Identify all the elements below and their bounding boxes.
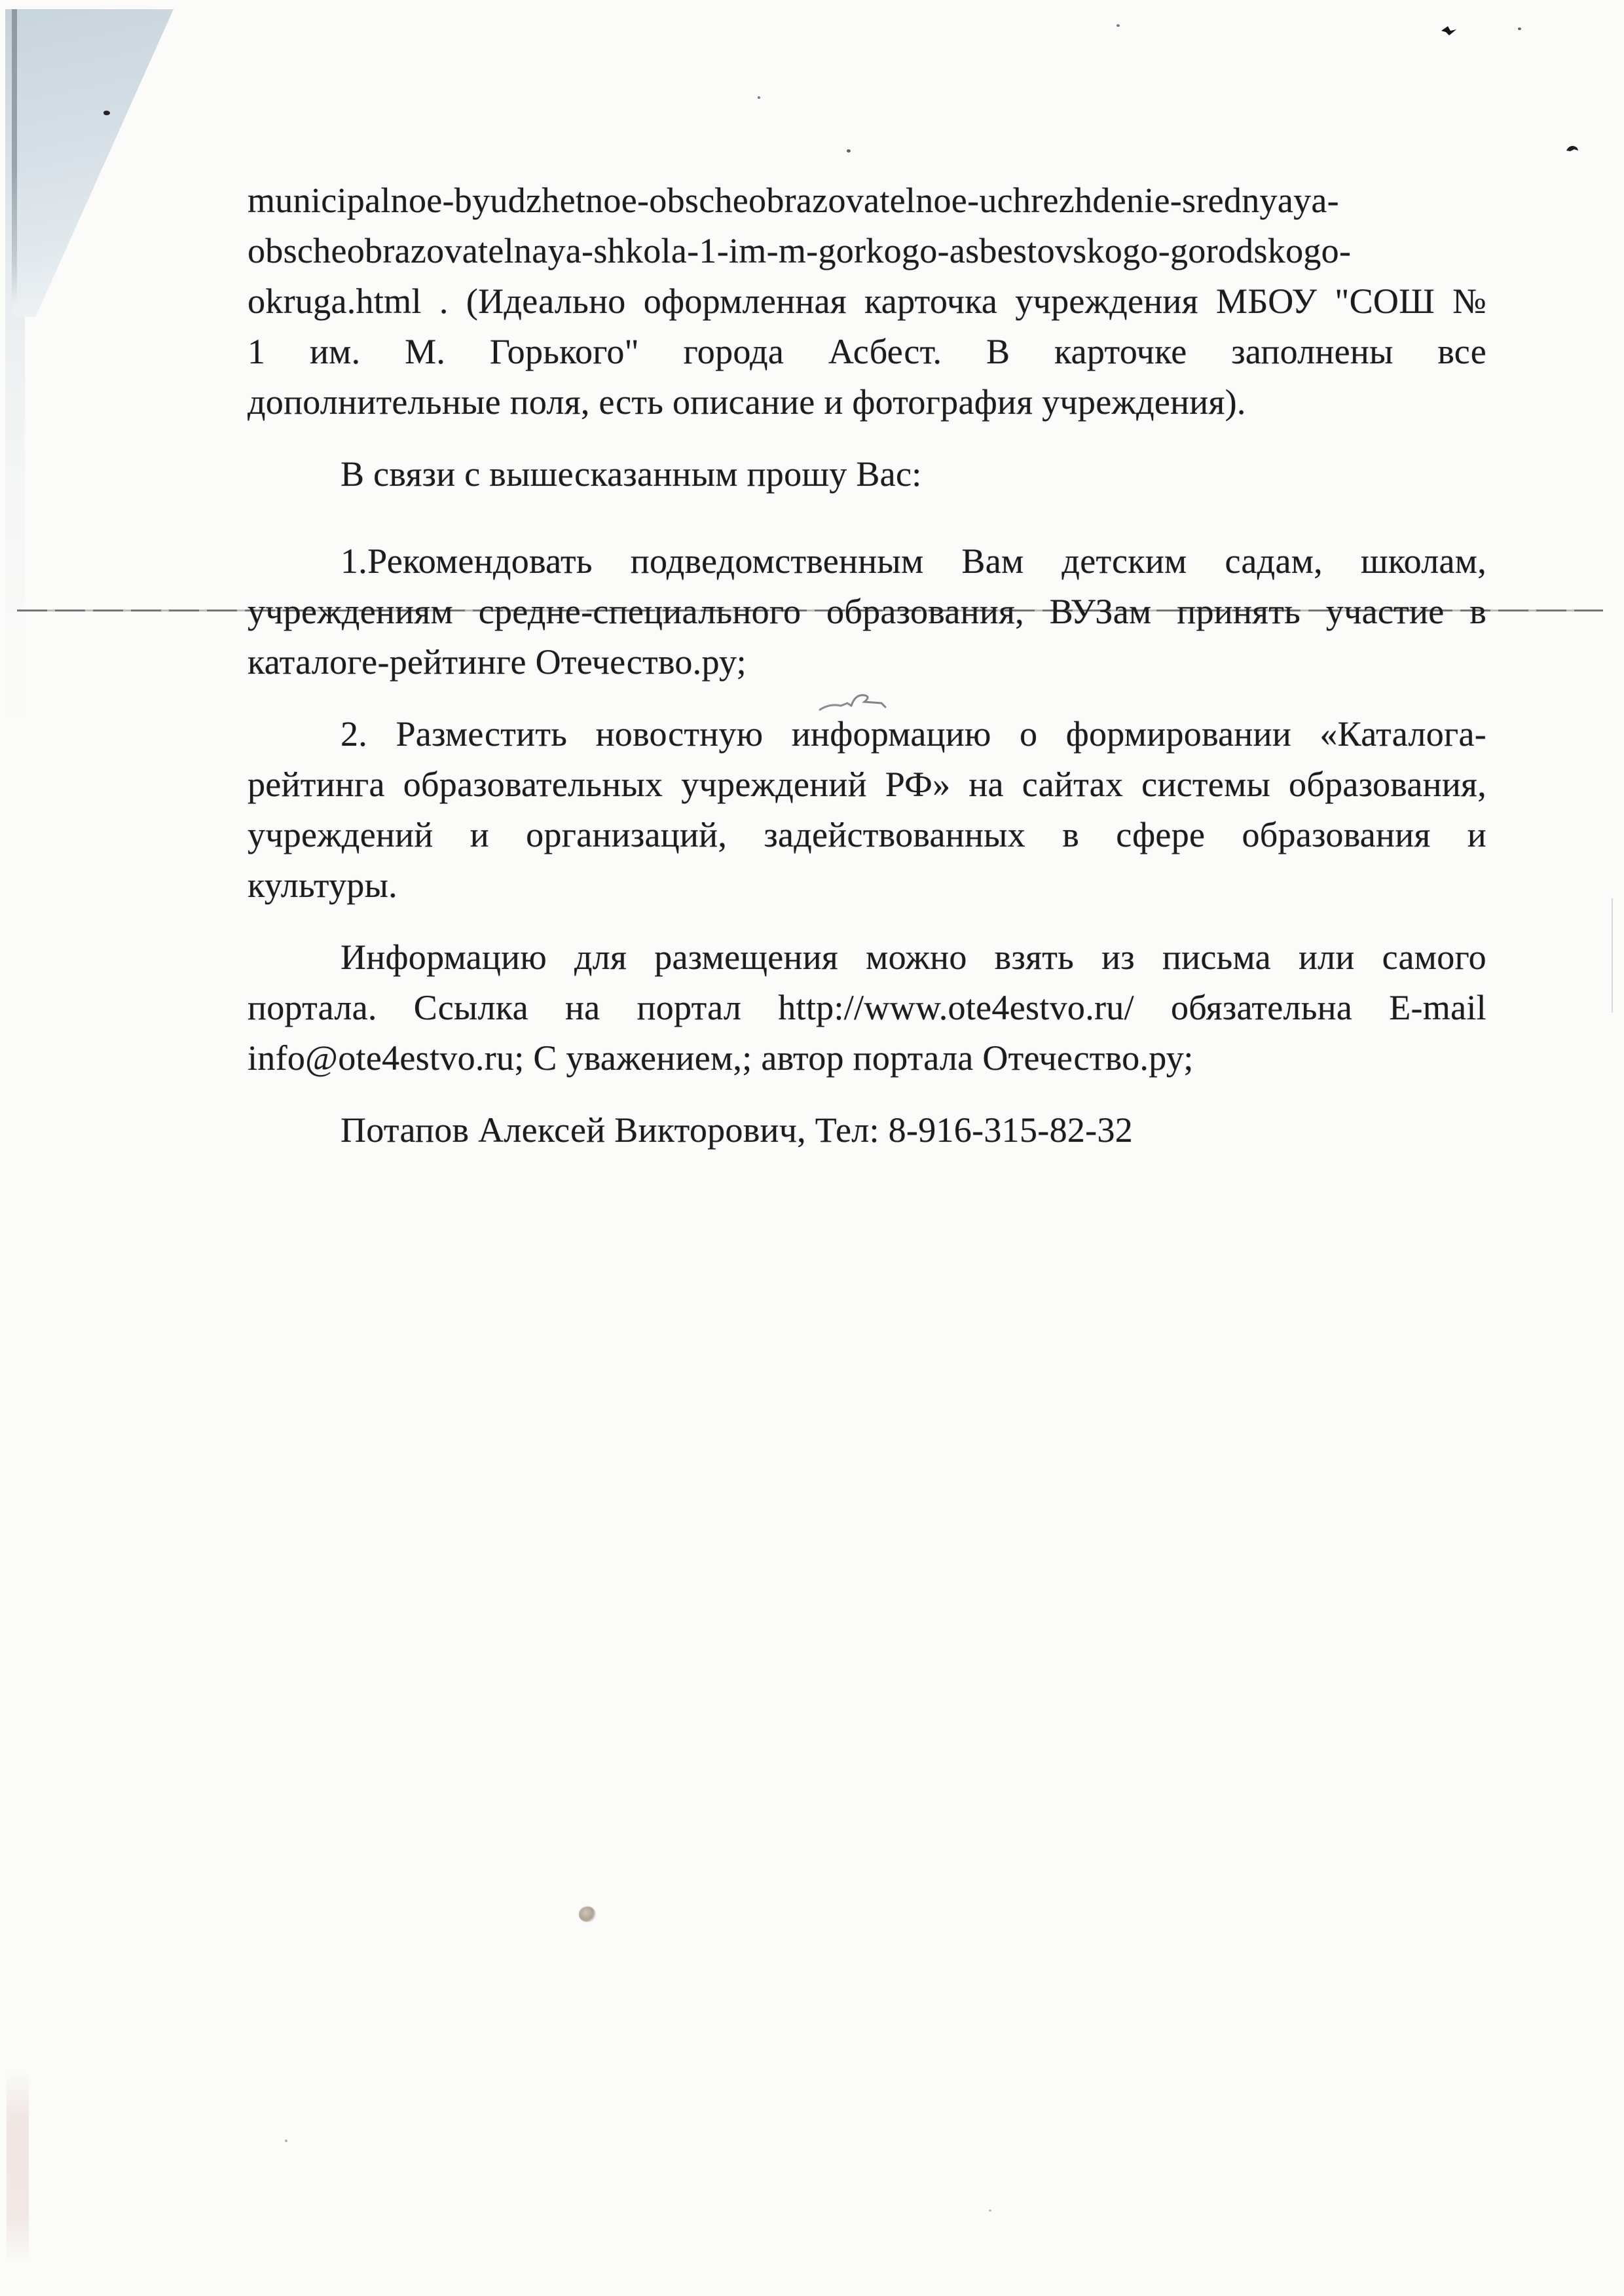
scanned-letter-page: municipalnoe-byudzhetnoe-obscheobrazovat… xyxy=(0,0,1624,2296)
corner-shadow-edge xyxy=(12,9,17,304)
salutation-paragraph: В связи с вышесказанным прошу Вас: xyxy=(248,449,1486,500)
letter-body: municipalnoe-byudzhetnoe-obscheobrazovat… xyxy=(248,175,1486,1156)
text-line: каталоге-рейтинге Отечество.ру; xyxy=(248,637,1486,687)
text-line: В связи с вышесказанным прошу Вас: xyxy=(248,449,1486,500)
text-line: рейтинга образовательных учреждений РФ» … xyxy=(248,759,1486,810)
dust-speck xyxy=(1518,27,1521,30)
item-1-paragraph: 1.Рекомендовать подведомственным Вам дет… xyxy=(248,536,1486,687)
text-line: культуры. xyxy=(248,860,1486,911)
text-line: учреждений и организаций, задействованны… xyxy=(248,810,1486,860)
text-line: дополнительные поля, есть описание и фот… xyxy=(248,377,1486,428)
text-line: учреждениям средне-специального образова… xyxy=(248,587,1486,637)
dust-speck xyxy=(103,111,110,115)
text-line: info@ote4estvo.ru; С уважением,; автор п… xyxy=(248,1033,1486,1084)
text-line: okruga.html . (Идеально оформленная карт… xyxy=(248,276,1486,327)
item-2-paragraph: 2. Разместить новостную информацию о фор… xyxy=(248,709,1486,911)
dust-speck xyxy=(1116,24,1120,27)
text-line: портала. Ссылка на портал http://www.ote… xyxy=(248,983,1486,1033)
ink-mark-top-right xyxy=(1441,25,1460,38)
info-paragraph: Информацию для размещения можно взять из… xyxy=(248,932,1486,1084)
corner-shadow-wedge xyxy=(13,9,174,317)
text-line: obscheobrazovatelnaya-shkola-1-im-m-gork… xyxy=(248,226,1486,276)
text-line: Информацию для размещения можно взять из… xyxy=(248,932,1486,983)
url-and-note-paragraph: municipalnoe-byudzhetnoe-obscheobrazovat… xyxy=(248,175,1486,428)
dust-speck xyxy=(758,96,760,99)
gray-smudge-blob xyxy=(579,1906,596,1922)
signature-paragraph: Потапов Алексей Викторович, Тел: 8-916-3… xyxy=(248,1105,1486,1156)
left-edge-shadow xyxy=(5,9,25,729)
dust-speck xyxy=(847,149,851,153)
text-line: Потапов Алексей Викторович, Тел: 8-916-3… xyxy=(248,1105,1486,1156)
left-edge-smudge-bottom xyxy=(7,2072,29,2262)
text-line: 1 им. М. Горького" города Асбест. В карт… xyxy=(248,327,1486,377)
text-line: municipalnoe-byudzhetnoe-obscheobrazovat… xyxy=(248,175,1486,226)
dust-speck xyxy=(989,2210,991,2212)
dust-speck xyxy=(285,2140,287,2142)
text-line: 2. Разместить новостную информацию о фор… xyxy=(248,709,1486,759)
text-line: 1.Рекомендовать подведомственным Вам дет… xyxy=(248,536,1486,587)
right-edge-fold-line xyxy=(1612,898,1613,1013)
ink-mark-right xyxy=(1565,144,1579,153)
